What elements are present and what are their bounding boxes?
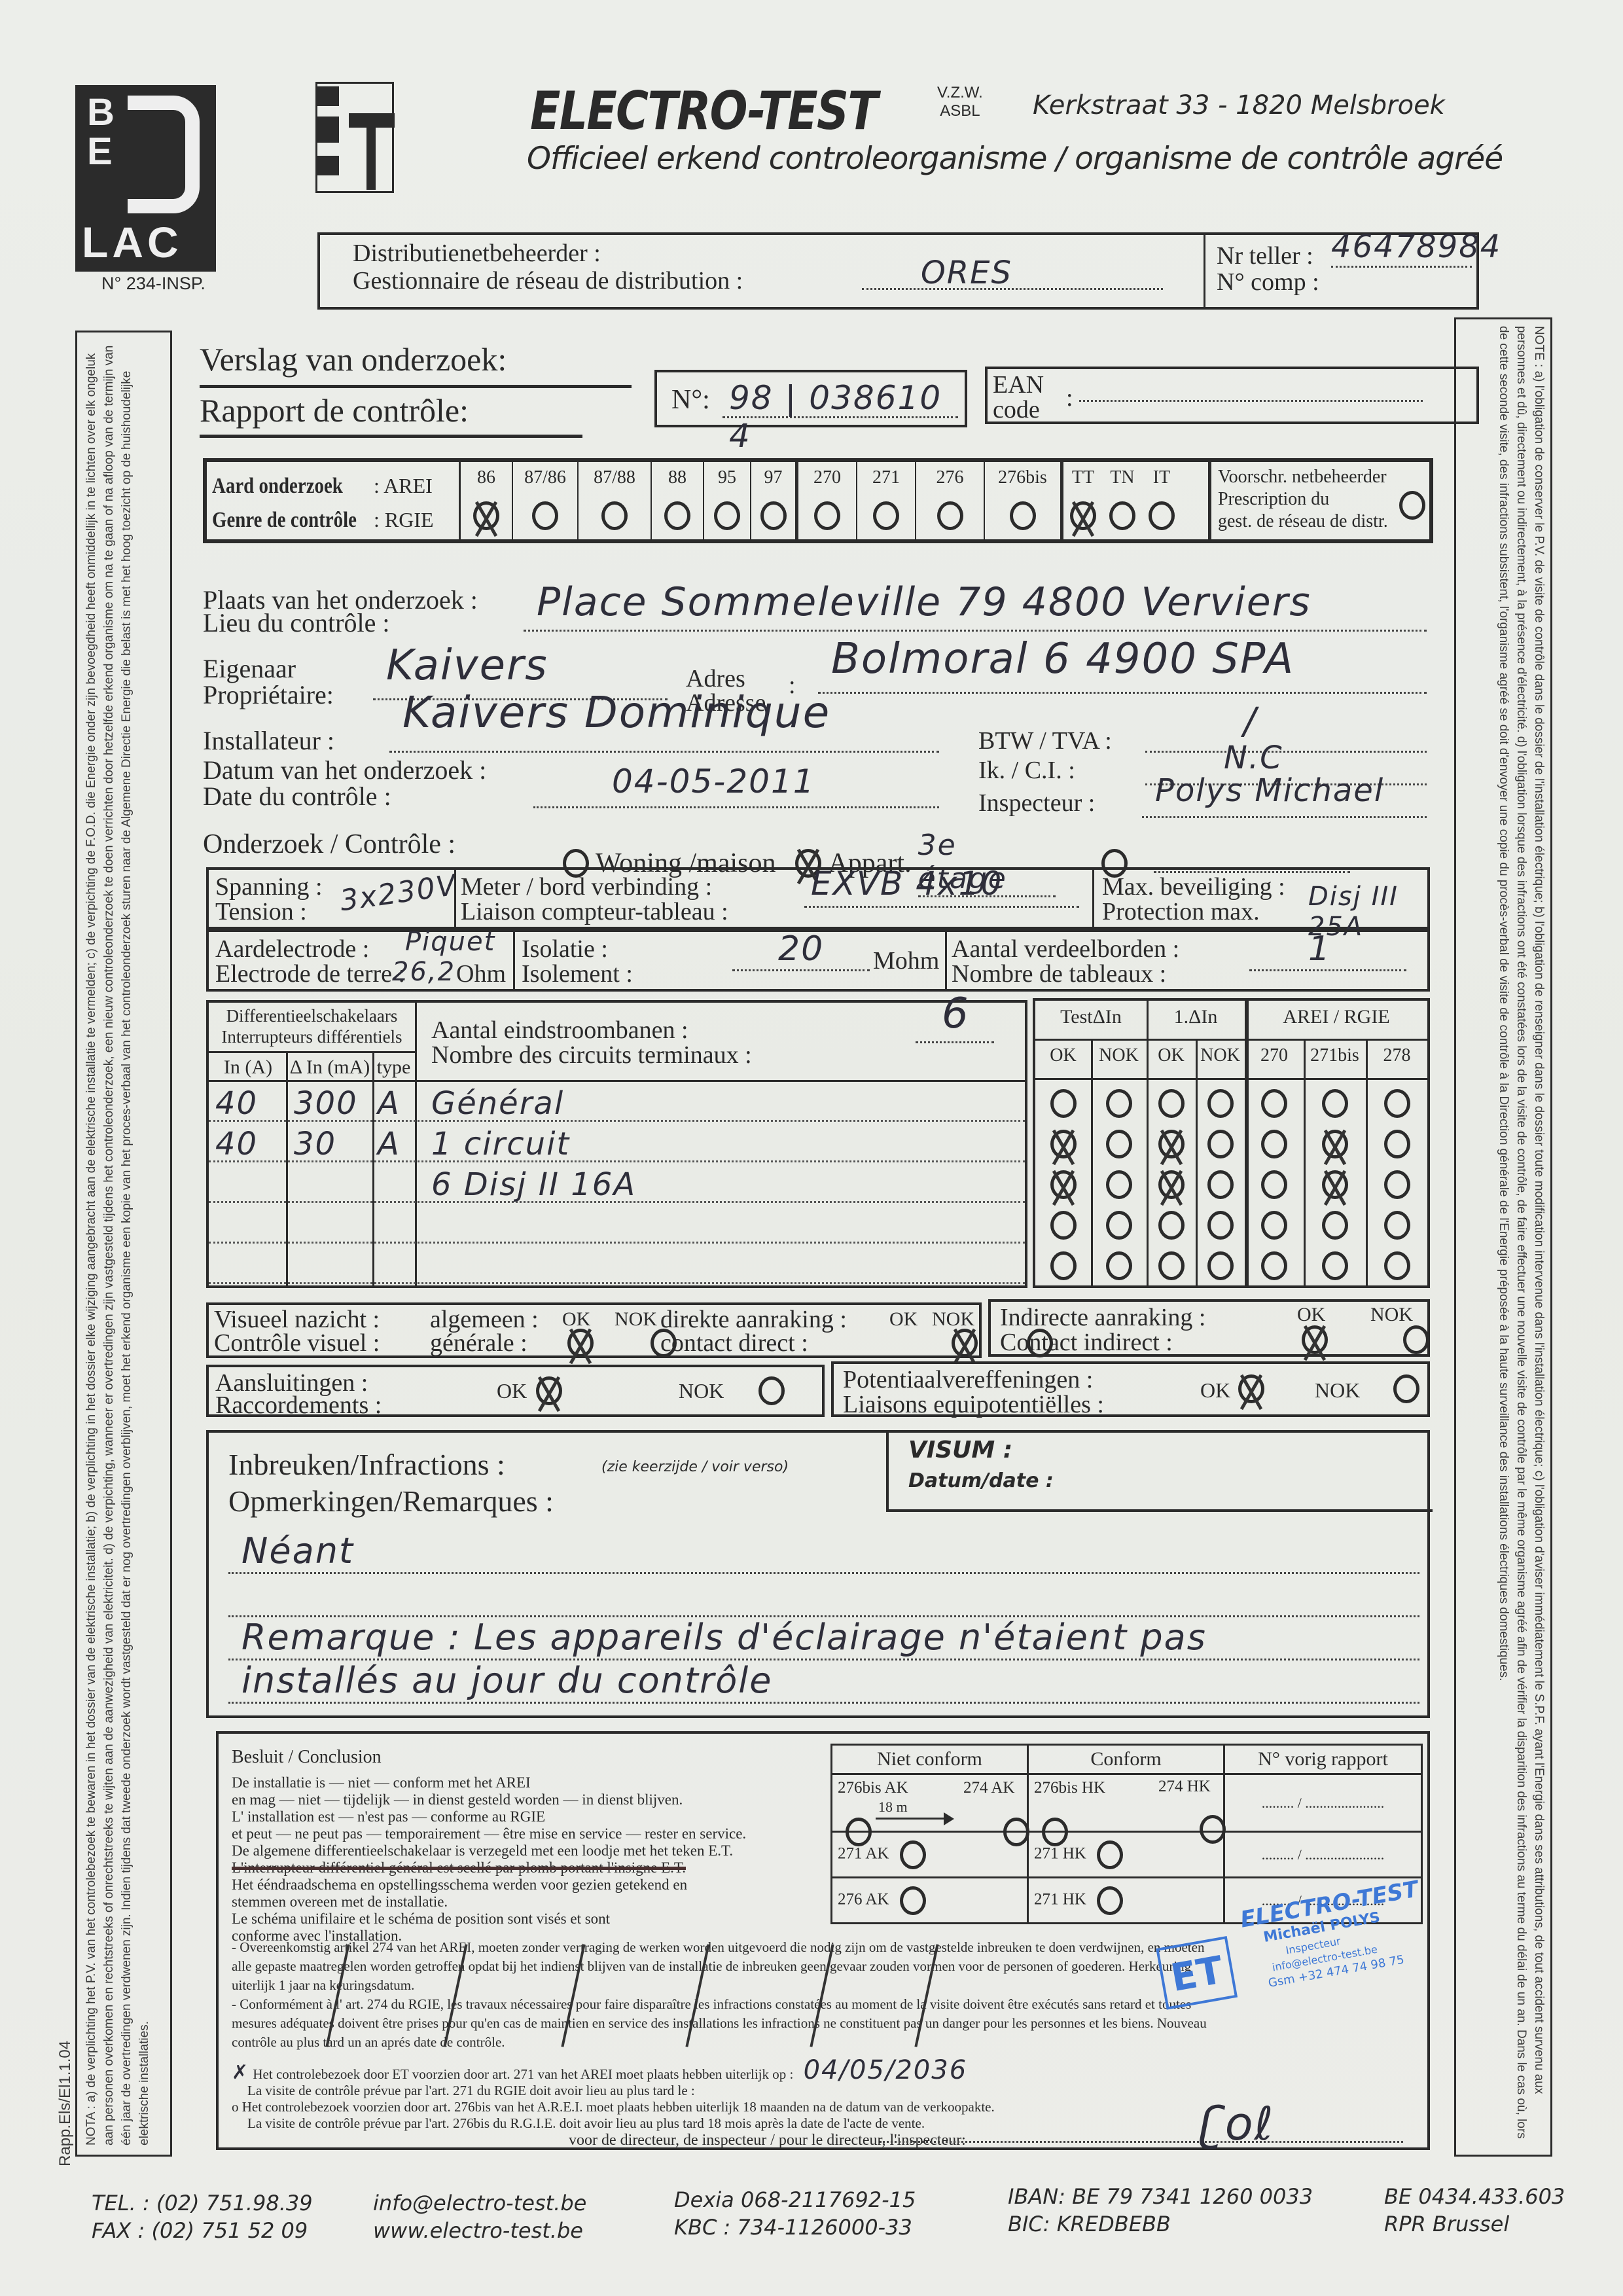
remarks-line[interactable]: installés au jour du contrôle	[228, 1660, 1419, 1704]
rcd-test-checkbox[interactable]	[1261, 1170, 1287, 1199]
conformity-header-non-conform: Niet conform	[832, 1745, 1028, 1774]
connections-ok-label: OK	[497, 1376, 527, 1405]
report-number-value: 98 | 038610 4	[729, 379, 958, 455]
electrode-unit: Ohm	[456, 960, 506, 988]
insulation-field[interactable]: 20	[732, 958, 870, 971]
boards-field[interactable]: 1	[1249, 958, 1406, 971]
rcd-in[interactable]: 40	[215, 1126, 281, 1162]
remarks-label: Opmerkingen/Remarques :	[228, 1482, 554, 1520]
equipotential-nok-label: NOK	[1315, 1376, 1360, 1405]
rcd-title: Differentieelschakelaars Interrupteurs d…	[209, 1005, 415, 1047]
visual-box: Visueel nazicht : Contrôle visuel : alge…	[206, 1302, 982, 1358]
rcd-test-checkbox[interactable]	[1050, 1251, 1077, 1280]
footer-tel: TEL. : (02) 751.98.39	[92, 2189, 313, 2217]
rcd-test-checkbox[interactable]	[1106, 1170, 1132, 1199]
rcd-test-checkbox[interactable]	[1050, 1089, 1077, 1118]
location-value: Place Sommeleville 79 4800 Verviers	[537, 579, 1311, 625]
rcd-din[interactable]: 300	[294, 1085, 366, 1122]
checkbox-271-hk-2[interactable]	[1097, 1886, 1123, 1915]
installer-field[interactable]: Kaivers Dominique	[389, 733, 939, 753]
handwritten-strikethrough-marks	[297, 1943, 1148, 2048]
belac-b-shape	[128, 96, 200, 213]
meter-number-value: 46478984	[1331, 228, 1501, 265]
control-type-option-label: 271	[857, 467, 915, 488]
vat-field[interactable]: /	[1145, 733, 1427, 753]
et-logo	[315, 82, 394, 193]
meter-label-nl: Nr teller :	[1217, 242, 1313, 270]
conformity-row-1-conform: 276bis HK 274 HK	[1028, 1774, 1224, 1832]
visual-label-fr: Contrôle visuel :	[214, 1329, 380, 1357]
checkbox-274-hk[interactable]	[1200, 1815, 1226, 1844]
inspection-type-label: Onderzoek / Contrôle :	[203, 830, 455, 859]
indirect-nok-checkbox[interactable]	[1403, 1325, 1429, 1354]
date-label-nl: Datum van het onderzoek :	[203, 756, 486, 785]
rcd-test-checkbox[interactable]	[1158, 1130, 1185, 1158]
control-type-option-label: 87/86	[513, 467, 577, 488]
rcd-test-checkbox[interactable]	[1384, 1089, 1410, 1118]
control-type-option-checkbox[interactable]	[814, 501, 840, 530]
rcd-test-checkbox[interactable]	[1322, 1251, 1348, 1280]
belac-letter-e: E	[87, 132, 113, 171]
control-type-option-label: IT	[1142, 467, 1181, 488]
earth-box: Aardelectrode : Electrode de terre : Piq…	[206, 929, 1430, 992]
equipotential-label-fr: Liaisons equipotentiëlles :	[843, 1390, 1104, 1419]
electrode-label-fr: Electrode de terre :	[215, 960, 405, 988]
label-274-ak: 274 AK	[963, 1779, 1014, 1797]
control-type-label-nl: Aard onderzoek	[212, 474, 343, 499]
electrode-resistance-value[interactable]: 26,2	[392, 957, 455, 987]
installer-value: Kaivers Dominique	[402, 687, 830, 738]
control-type-option-276[interactable]: 276	[916, 462, 985, 539]
rcd-test-checkbox[interactable]	[1322, 1211, 1348, 1240]
control-type-option-checkbox[interactable]	[601, 501, 628, 530]
distribution-label-fr: Gestionnaire de réseau de distribution :	[353, 266, 743, 295]
ci-value: N.C	[1224, 740, 1283, 776]
footer-rpr: RPR Brussel	[1384, 2210, 1565, 2238]
control-type-options: 8687/8687/88889597270271276276bisTTTNIT	[461, 462, 1181, 539]
belac-number: N° 234-INSP.	[101, 274, 205, 294]
control-type-option-checkbox[interactable]	[664, 501, 690, 530]
owner-value: Kaivers	[386, 641, 548, 690]
rcd-description[interactable]: 6 Disj II 16A	[431, 1166, 889, 1203]
rcd-test-checkbox[interactable]	[1050, 1211, 1077, 1240]
circuits-label-fr: Nombre des circuits terminaux :	[431, 1041, 752, 1069]
report-number-field[interactable]: 98 | 038610 4	[722, 399, 958, 418]
rcd-type[interactable]: A	[378, 1085, 410, 1122]
circuits-field[interactable]: 6	[916, 1029, 994, 1043]
control-type-reg-fr: : RGIE	[374, 508, 434, 532]
company-tagline: Officieel erkend controleorganisme / org…	[527, 141, 1503, 177]
visual-direct-ok-label: OK	[889, 1305, 918, 1334]
footer-contact: info@electro-test.be www.electro-test.be	[373, 2189, 586, 2244]
report-title-nl: Verslag van onderzoek:	[200, 340, 507, 378]
insulation-value: 20	[778, 929, 824, 969]
control-type-option-88[interactable]: 88	[652, 462, 704, 539]
rcd-test-header: 1.ΔIn	[1147, 1006, 1245, 1028]
control-type-option-label: 270	[798, 467, 856, 488]
left-note: NOTA : a) de verplichting het P.V. van h…	[82, 339, 168, 2145]
conclusion-title: Besluit / Conclusion	[232, 1747, 382, 1768]
rcd-in[interactable]: 40	[215, 1085, 281, 1122]
rcd-test-checkbox[interactable]	[1261, 1130, 1287, 1158]
prescription-label: Voorschr. netbeheerder Prescription du g…	[1218, 466, 1388, 533]
rcd-din[interactable]: 30	[294, 1126, 366, 1162]
conclusion-line: De algemene differentieelschakelaar is v…	[232, 1842, 788, 1859]
infractions-note: (zie keerzijde / voir verso)	[601, 1459, 789, 1475]
boards-label-fr: Nombre de tableaux :	[952, 960, 1166, 988]
rcd-test-checkbox[interactable]	[1207, 1089, 1234, 1118]
label-271-ak: 271 AK	[838, 1844, 889, 1862]
rcd-test-checkbox[interactable]	[1050, 1170, 1077, 1199]
rcd-test-checkbox[interactable]	[1207, 1130, 1234, 1158]
date-value: 04-05-2011	[612, 762, 815, 800]
control-type-reg-nl: : AREI	[374, 474, 433, 498]
control-type-option-86[interactable]: 86	[461, 462, 513, 539]
date-field[interactable]: 04-05-2011	[533, 789, 939, 808]
rcd-test-checkbox[interactable]	[1106, 1211, 1132, 1240]
rcd-test-header: AREI / RGIE	[1245, 1006, 1428, 1028]
control-type-option-TN[interactable]: TN	[1103, 462, 1142, 539]
control-type-option-97[interactable]: 97	[751, 462, 798, 539]
rcd-description[interactable]: 1 circuit	[431, 1126, 889, 1162]
rcd-row	[209, 1244, 1025, 1284]
remarks-line[interactable]: Remarque : Les appareils d'éclairage n'é…	[228, 1617, 1419, 1660]
rcd-row: 4030A1 circuit	[209, 1122, 1025, 1162]
label-271-hk-2: 271 HK	[1034, 1890, 1086, 1908]
previous-report-1[interactable]: ......... / ......................	[1224, 1774, 1422, 1832]
rcd-test-checkbox[interactable]	[1106, 1251, 1132, 1280]
rcd-col-din: Δ In (mA)	[287, 1056, 372, 1079]
control-type-option-87-86[interactable]: 87/86	[513, 462, 579, 539]
indirect-contact-box: Indirecte aanraking : Contact indirect :…	[988, 1299, 1430, 1357]
installer-label: Installateur :	[203, 726, 334, 755]
connections-label-fr: Raccordements :	[215, 1391, 382, 1420]
label-276bis-ak: 276bis AK	[838, 1779, 908, 1797]
previous-report-2[interactable]: ......... / ......................	[1224, 1832, 1422, 1878]
control-type-box: Aard onderzoek Genre de contrôle : AREI …	[203, 458, 1433, 543]
equipotential-nok-checkbox[interactable]	[1393, 1374, 1419, 1403]
connections-ok-checkbox[interactable]	[536, 1376, 562, 1405]
infractions-label: Inbreuken/Infractions :	[228, 1446, 505, 1484]
visual-general-nok-label: NOK	[615, 1305, 657, 1334]
conclusion-line: et peut — ne peut pas — temporairement —…	[232, 1825, 788, 1842]
control-type-option-label: 86	[461, 467, 512, 488]
rcd-test-checkbox[interactable]	[1384, 1251, 1410, 1280]
supply-box: Spanning : Tension : 3x230V Meter / bord…	[206, 867, 1430, 929]
conclusion-lines: De installatie is — niet — conform met h…	[232, 1774, 788, 1945]
control-type-option-IT[interactable]: IT	[1142, 462, 1181, 539]
control-type-option-label: 95	[704, 467, 750, 488]
boards-value: 1	[1308, 929, 1331, 969]
conclusion-line: stemmen overeen met de installatie.	[232, 1893, 788, 1910]
conclusion-line: Het ééndraadschema en opstellingsschema …	[232, 1876, 788, 1893]
owner-address-value: Bolmoral 6 4900 SPA	[831, 635, 1294, 683]
rcd-test-box: TestΔIn1.ΔInAREI / RGIEOKNOKOKNOK270271b…	[1033, 998, 1430, 1288]
rcd-test-checkbox[interactable]	[1384, 1170, 1410, 1199]
rcd-test-checkbox[interactable]	[1158, 1089, 1185, 1118]
footer-kbc: KBC : 734-1126000-33	[674, 2214, 916, 2241]
meter-link-field[interactable]: EXVB 4x10	[804, 893, 1079, 908]
right-note: NOTE : a) l'obligation de conserver le P…	[1463, 326, 1548, 2145]
rcd-test-checkbox[interactable]	[1384, 1130, 1410, 1158]
conclusion-line: L'interrupteur différentiel général est …	[232, 1859, 788, 1876]
rcd-test-checkbox[interactable]	[1106, 1089, 1132, 1118]
prescription-checkbox[interactable]	[1399, 491, 1425, 520]
rcd-test-subheader: 270	[1245, 1045, 1304, 1066]
control-type-option-checkbox[interactable]	[1109, 501, 1135, 530]
rcd-test-checkbox[interactable]	[1322, 1130, 1348, 1158]
infractions-box: Inbreuken/Infractions : (zie keerzijde /…	[206, 1430, 1430, 1718]
voltage-label-fr: Tension :	[215, 897, 307, 926]
checkbox-271-hk[interactable]	[1097, 1840, 1123, 1869]
equipotential-ok-label: OK	[1200, 1376, 1230, 1405]
rcd-test-checkbox[interactable]	[1050, 1130, 1077, 1158]
vat-label: BTW / TVA :	[978, 726, 1112, 755]
owner-address-field[interactable]: Bolmoral 6 4900 SPA	[818, 674, 1427, 694]
footer-email[interactable]: info@electro-test.be	[373, 2189, 586, 2217]
control-type-option-checkbox[interactable]	[532, 501, 558, 530]
rcd-description[interactable]: Général	[431, 1085, 889, 1122]
location-label-fr: Lieu du contrôle :	[203, 609, 389, 637]
report-title-fr: Rapport de contrôle:	[200, 391, 469, 429]
visum-date-label: Datum/date :	[908, 1469, 1054, 1492]
rcd-test-subheader: OK	[1147, 1045, 1196, 1066]
rcd-test-checkbox[interactable]	[1207, 1170, 1234, 1199]
checkbox-276bis-hk[interactable]	[1042, 1818, 1068, 1846]
control-type-option-checkbox[interactable]	[1010, 501, 1036, 530]
control-type-option-label: 88	[652, 467, 703, 488]
distribution-field[interactable]: ORES	[862, 264, 1163, 290]
control-type-option-label: 97	[751, 467, 795, 488]
indirect-ok-label: OK	[1297, 1300, 1325, 1329]
visual-direct-fr: contact direct :	[660, 1329, 808, 1357]
electrode-type-value[interactable]: Piquet	[405, 927, 495, 957]
visit-271-date[interactable]: 04/05/2036	[804, 2055, 968, 2085]
control-type-option-95[interactable]: 95	[704, 462, 751, 539]
footer-web[interactable]: www.electro-test.be	[373, 2217, 586, 2244]
voltage-value[interactable]: 3x230V	[338, 869, 459, 918]
label-276-ak: 276 AK	[838, 1890, 889, 1908]
left-note-box: NOTA : a) de verplichting het P.V. van h…	[75, 331, 172, 2157]
control-type-option-checkbox[interactable]	[760, 501, 787, 530]
owner-label-fr: Propriétaire:	[203, 681, 334, 709]
connections-nok-checkbox[interactable]	[758, 1376, 785, 1405]
rcd-test-header: TestΔIn	[1035, 1006, 1147, 1028]
indirect-nok-label: NOK	[1370, 1300, 1413, 1329]
rcd-test-subheader: 278	[1366, 1045, 1428, 1066]
conformity-header-conform: Conform	[1028, 1745, 1224, 1774]
date-label-fr: Date du contrôle :	[203, 782, 391, 811]
ci-label: Ik. / C.I. :	[978, 756, 1075, 785]
ean-box: EAN code :	[985, 367, 1479, 424]
rcd-box: Differentieelschakelaars Interrupteurs d…	[206, 1000, 1027, 1288]
control-type-option-checkbox[interactable]	[1070, 501, 1096, 530]
rcd-row	[209, 1203, 1025, 1244]
rcd-test-checkbox[interactable]	[1158, 1251, 1185, 1280]
report-number-label: N°:	[671, 386, 710, 414]
max-protection-label-fr: Protection max.	[1102, 897, 1260, 926]
indirect-ok-checkbox[interactable]	[1302, 1325, 1328, 1354]
control-type-option-label: 276	[916, 467, 984, 488]
rcd-type[interactable]: A	[378, 1126, 410, 1162]
footer-banks: Dexia 068-2117692-15 KBC : 734-1126000-3…	[674, 2186, 916, 2241]
rcd-test-checkbox[interactable]	[1158, 1170, 1185, 1199]
rcd-col-in: In (A)	[209, 1056, 287, 1079]
visit-276-fr: La visite de contrôle prévue par l'art. …	[232, 2115, 1213, 2132]
company-address: Kerkstraat 33 - 1820 Melsbroek	[1033, 90, 1445, 120]
control-type-option-270[interactable]: 270	[798, 462, 857, 539]
rcd-test-subheader: NOK	[1196, 1045, 1245, 1066]
control-type-option-checkbox[interactable]	[714, 501, 740, 530]
label-271-hk: 271 HK	[1034, 1844, 1086, 1862]
conclusion-line: en mag — niet — tijdelijk — in dienst ge…	[232, 1791, 788, 1808]
footer-iban: IBAN: BE 79 7341 1260 0033 BIC: KREDBEBB	[1008, 2183, 1313, 2238]
remarks-line[interactable]	[228, 1574, 1419, 1617]
indirect-label-fr: Contact indirect :	[1000, 1328, 1173, 1357]
rcd-test-checkbox[interactable]	[1322, 1089, 1348, 1118]
distribution-box: Distributienetbeheerder : Gestionnaire d…	[317, 232, 1479, 310]
conclusion-line: De installatie is — niet — conform met h…	[232, 1774, 788, 1791]
visit-276-nl: o Het controlebezoek voorzien door art. …	[232, 2099, 1213, 2115]
control-type-option-checkbox[interactable]	[937, 501, 963, 530]
control-type-option-checkbox[interactable]	[1149, 501, 1175, 530]
belac-lac: LAC	[82, 219, 183, 265]
rcd-test-subheader: OK	[1035, 1045, 1091, 1066]
rcd-test-checkbox[interactable]	[1261, 1089, 1287, 1118]
rcd-test-checkbox[interactable]	[1158, 1211, 1185, 1240]
rcd-test-checkbox[interactable]	[1261, 1251, 1287, 1280]
control-type-option-276bis[interactable]: 276bis	[985, 462, 1063, 539]
meter-link-value: EXVB 4x10	[811, 865, 1003, 903]
control-type-label-fr: Genre de contrôle	[212, 508, 357, 533]
connections-nok-label: NOK	[679, 1376, 724, 1405]
inspector-value: Polys Michael	[1155, 772, 1384, 809]
location-field[interactable]: Place Sommeleville 79 4800 Verviers	[524, 612, 1427, 632]
label-274-hk: 274 HK	[1158, 1778, 1211, 1796]
signature-icon: ʗoℓ	[1200, 2097, 1274, 2151]
right-note-box: NOTE : a) l'obligation de conserver le P…	[1454, 317, 1552, 2157]
circuits-value: 6	[942, 990, 970, 1038]
checkbox-276bis-ak[interactable]	[846, 1818, 872, 1846]
conformity-row-1-non-conform: 276bis AK 274 AK 18 m	[832, 1774, 1028, 1832]
insulation-unit: Mohm	[873, 946, 939, 975]
control-type-option-87-88[interactable]: 87/88	[579, 462, 652, 539]
owner-label-nl: Eigenaar	[203, 655, 296, 683]
inspector-field[interactable]: Polys Michael	[1142, 798, 1427, 818]
rcd-row: 6 Disj II 16A	[209, 1162, 1025, 1203]
label-276bis-hk: 276bis HK	[1034, 1779, 1105, 1797]
checkbox-271-ak[interactable]	[900, 1840, 926, 1869]
visual-general-ok-checkbox[interactable]	[567, 1329, 594, 1357]
rcd-test-checkbox[interactable]	[1261, 1211, 1287, 1240]
footer-vat: BE 0434.433.603	[1384, 2183, 1565, 2210]
checkbox-276-ak[interactable]	[900, 1886, 926, 1915]
visit-271-nl: Het controlebezoek door ET voorzien door…	[253, 2066, 793, 2082]
signature-field[interactable]	[880, 2136, 1403, 2143]
footer-dexia: Dexia 068-2117692-15	[674, 2186, 916, 2214]
control-type-option-checkbox[interactable]	[473, 501, 499, 530]
remarks-lines: NéantRemarque : Les appareils d'éclairag…	[228, 1531, 1419, 1704]
control-type-option-271[interactable]: 271	[857, 462, 916, 539]
meter-link-label-fr: Liaison compteur-tableau :	[461, 897, 728, 926]
belac-letter-b: B	[87, 93, 115, 132]
rcd-test-checkbox[interactable]	[1106, 1130, 1132, 1158]
conclusion-line: L' installation est — n'est pas — confor…	[232, 1808, 788, 1825]
control-type-option-TT[interactable]: TT	[1063, 462, 1103, 539]
visit-271-fr: La visite de contrôle prévue par l'art. …	[232, 2083, 1213, 2099]
arrow-label: 18 m	[878, 1799, 908, 1816]
rcd-test-checkbox[interactable]	[1384, 1211, 1410, 1240]
remarks-line[interactable]: Néant	[228, 1531, 1419, 1574]
distribution-value: ORES	[921, 255, 1012, 291]
equipotential-ok-checkbox[interactable]	[1238, 1374, 1264, 1403]
report-number-box: N°: 98 | 038610 4	[654, 370, 967, 427]
footer-iban-value: IBAN: BE 79 7341 1260 0033	[1008, 2183, 1313, 2210]
footer-phone: TEL. : (02) 751.98.39 FAX : (02) 751 52 …	[92, 2189, 313, 2244]
control-type-option-label: 87/88	[579, 467, 651, 488]
company-form-fr: ASBL	[937, 102, 983, 120]
stamp-et-logo: ET	[1156, 1936, 1238, 2010]
conformity-header-previous: N° vorig rapport	[1224, 1745, 1422, 1774]
ean-label-2: code	[993, 395, 1040, 424]
footer-fax: FAX : (02) 751 52 09	[92, 2217, 313, 2244]
arrow-icon	[876, 1818, 948, 1820]
control-type-option-checkbox[interactable]	[873, 501, 899, 530]
conclusion-line: Le schéma unifilaire et le schéma de pos…	[232, 1910, 788, 1928]
visit-271-block: ✗ Het controlebezoek door ET voorzien do…	[232, 2062, 1213, 2132]
visum-box: VISUM : Datum/date :	[886, 1430, 1433, 1512]
rcd-test-checkbox[interactable]	[1207, 1211, 1234, 1240]
visual-direct-ok-checkbox[interactable]	[952, 1329, 978, 1357]
rcd-row: 40300AGénéral	[209, 1081, 1025, 1122]
footer-bic: BIC: KREDBEBB	[1008, 2210, 1313, 2238]
insulation-label-fr: Isolement :	[522, 960, 633, 988]
rcd-test-checkbox[interactable]	[1322, 1170, 1348, 1199]
checkbox-274-ak[interactable]	[1003, 1818, 1029, 1846]
inspector-label: Inspecteur :	[978, 789, 1095, 817]
visum-label: VISUM :	[908, 1437, 1012, 1463]
conformity-row-3-non-conform: 276 AK	[832, 1878, 1028, 1924]
vat-value: /	[1243, 700, 1257, 743]
company-name: ELECTRO-TEST	[530, 82, 877, 141]
visit-271-checkbox[interactable]: ✗	[232, 2061, 249, 2084]
connections-box: Aansluitingen : Raccordements : OK NOK	[206, 1365, 825, 1417]
meter-number-field[interactable]: 46478984	[1331, 242, 1472, 268]
form-code: Rapp.Els/El1.1.04	[56, 1918, 74, 2166]
meter-label-fr: N° comp :	[1217, 268, 1319, 296]
rcd-test-subheader: 271bis	[1304, 1045, 1366, 1066]
belac-logo: B E LAC	[75, 85, 216, 272]
ean-field[interactable]	[1079, 387, 1423, 402]
rcd-test-checkbox[interactable]	[1207, 1251, 1234, 1280]
rcd-col-type: type	[372, 1056, 415, 1079]
control-type-option-label: 276bis	[985, 467, 1060, 488]
visual-general-fr: générale :	[430, 1329, 527, 1357]
distribution-label-nl: Distributienetbeheerder :	[353, 239, 601, 268]
control-type-option-label: TT	[1063, 467, 1103, 488]
inspection-report-page: B E LAC N° 234-INSP. ELECTRO-TEST V.Z.W.…	[0, 0, 1623, 2296]
control-type-option-label: TN	[1103, 467, 1142, 488]
footer-company-ids: BE 0434.433.603 RPR Brussel	[1384, 2183, 1565, 2238]
company-form-nl: V.Z.W.	[937, 84, 983, 102]
equipotential-box: Potentiaalvereffeningen : Liaisons equip…	[831, 1361, 1430, 1417]
rcd-rows: 40300AGénéral4030A1 circuit6 Disj II 16A	[209, 1081, 1025, 1284]
company-form: V.Z.W. ASBL	[937, 84, 983, 120]
rcd-test-subheader: NOK	[1091, 1045, 1147, 1066]
